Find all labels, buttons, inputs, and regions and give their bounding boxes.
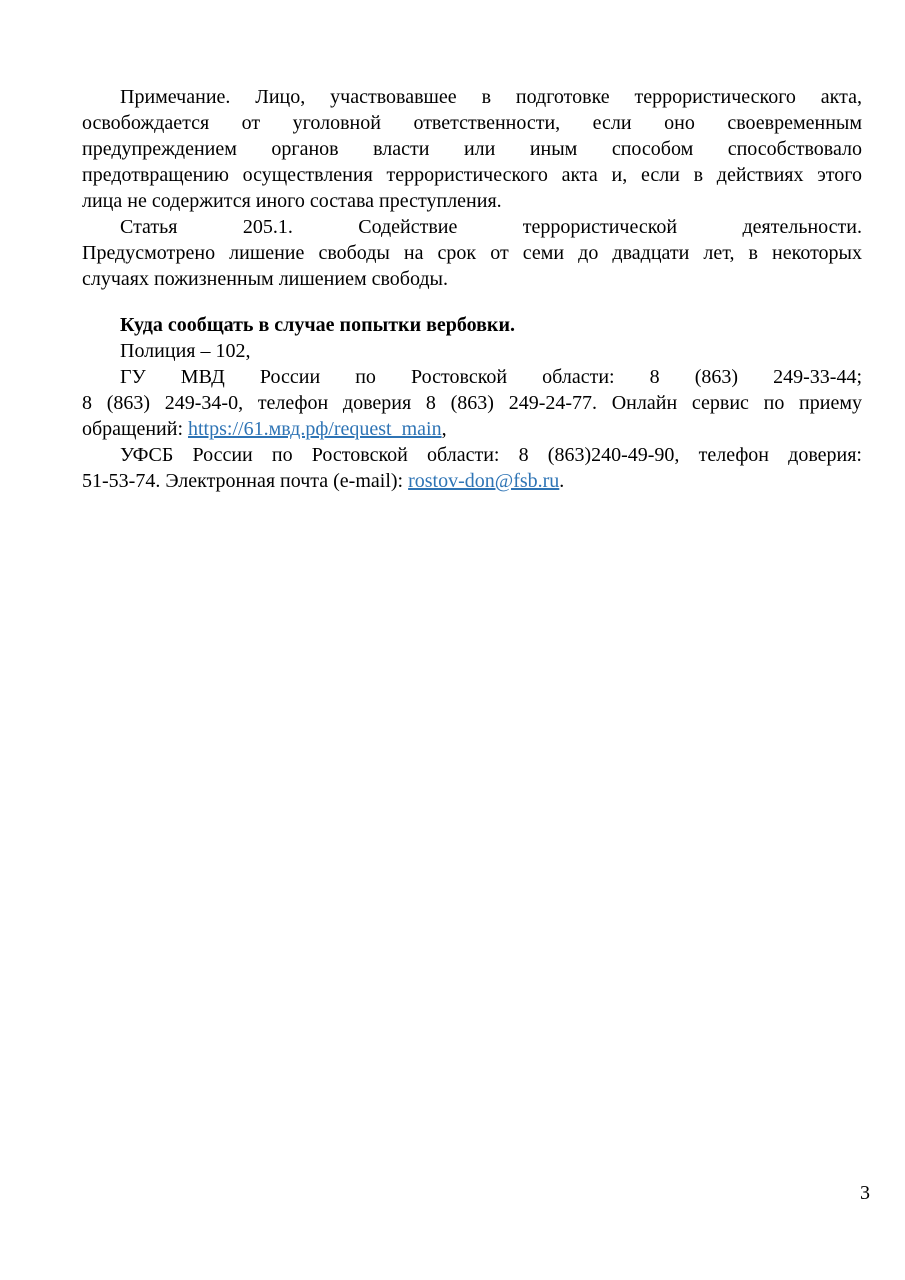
note-paragraph: Примечание. Лицо, участвовавшее в подгот… — [82, 84, 862, 214]
text-run: Примечание. Лицо, участвовавшее в подгот… — [120, 86, 862, 108]
mvd-request-main-link[interactable]: https://61.мвд.рф/request_main — [188, 418, 442, 440]
text-run: предупреждением органов власти или иным … — [82, 138, 862, 160]
text-run: . — [559, 470, 564, 492]
text-line: случаях пожизненным лишением свободы. — [82, 266, 862, 292]
text-line: Статья 205.1. Содействие террористическо… — [82, 214, 862, 240]
text-line: обращений: https://61.мвд.рф/request_mai… — [82, 416, 862, 442]
text-run: Статья 205.1. Содействие террористическо… — [120, 216, 862, 238]
text-line: освобождается от уголовной ответственнос… — [82, 110, 862, 136]
text-line: Полиция – 102, — [82, 338, 862, 364]
text-run: обращений: — [82, 418, 188, 440]
text-run: предотвращению осуществления террористич… — [82, 164, 862, 186]
text-run: 8 (863) 249-34-0, телефон доверия 8 (863… — [82, 392, 862, 414]
text-line: ГУ МВД России по Ростовской области: 8 (… — [82, 364, 862, 390]
text-run: 51-53-74. Электронная почта (e-mail): — [82, 470, 408, 492]
text-line: Предусмотрено лишение свободы на срок от… — [82, 240, 862, 266]
document-text-block: Примечание. Лицо, участвовавшее в подгот… — [82, 84, 862, 494]
text-run: лица не содержится иного состава преступ… — [82, 190, 502, 212]
text-run: Куда сообщать в случае попытки вербовки. — [120, 314, 515, 336]
text-line: 8 (863) 249-34-0, телефон доверия 8 (863… — [82, 390, 862, 416]
text-run: случаях пожизненным лишением свободы. — [82, 268, 448, 290]
text-line: предупреждением органов власти или иным … — [82, 136, 862, 162]
text-line: предотвращению осуществления террористич… — [82, 162, 862, 188]
text-run: ГУ МВД России по Ростовской области: 8 (… — [120, 366, 862, 388]
text-run: освобождается от уголовной ответственнос… — [82, 112, 862, 134]
text-line: лица не содержится иного состава преступ… — [82, 188, 862, 214]
police-line: Полиция – 102, — [82, 338, 862, 364]
text-line: Куда сообщать в случае попытки вербовки. — [82, 312, 862, 338]
text-line: Примечание. Лицо, участвовавшее в подгот… — [82, 84, 862, 110]
text-run: Предусмотрено лишение свободы на срок от… — [82, 242, 862, 264]
text-run: Полиция – 102, — [120, 340, 250, 362]
document-page: Примечание. Лицо, участвовавшее в подгот… — [0, 0, 905, 1280]
mvd-paragraph: ГУ МВД России по Ростовской области: 8 (… — [82, 364, 862, 442]
text-run: УФСБ России по Ростовской области: 8 (86… — [120, 444, 862, 466]
text-line: 51-53-74. Электронная почта (e-mail): ro… — [82, 468, 862, 494]
article-205-1-paragraph: Статья 205.1. Содействие террористическо… — [82, 214, 862, 292]
text-run: , — [442, 418, 447, 440]
ufsb-paragraph: УФСБ России по Ростовской области: 8 (86… — [82, 442, 862, 494]
fsb-email-link[interactable]: rostov-don@fsb.ru — [408, 470, 559, 492]
recruitment-report-heading: Куда сообщать в случае попытки вербовки. — [82, 312, 862, 338]
text-line: УФСБ России по Ростовской области: 8 (86… — [82, 442, 862, 468]
page-number: 3 — [830, 1180, 870, 1206]
